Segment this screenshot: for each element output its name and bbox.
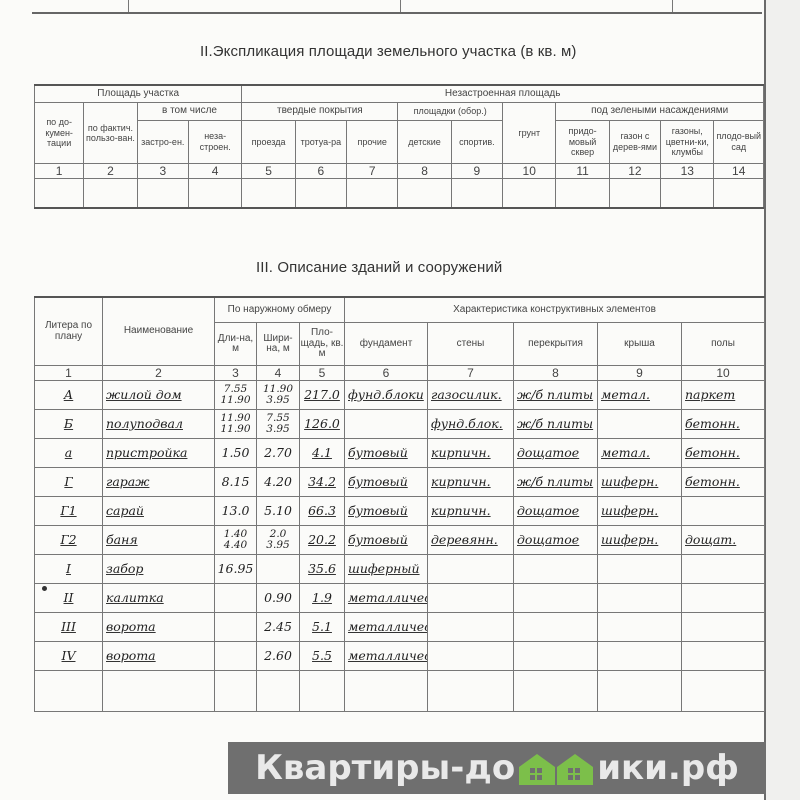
col-lawn-trees: газон с дерев-ями [609,120,660,163]
column-number: 1 [35,164,84,179]
cell-walls: кирпичн. [428,468,514,497]
handwritten-text: шиферн. [601,532,658,547]
handwritten-text: фунд.блок. [431,416,503,431]
cell-foundation: бутовый [345,526,428,555]
cell-litera: III [35,613,103,642]
cell-width: 2.03.95 [257,526,300,555]
table-row: IIкалитка0.901.9металлическая [35,584,765,613]
cell-walls: деревянн. [428,526,514,555]
cell-foundation: шиферный [345,555,428,584]
cell-roof: метал. [598,439,682,468]
handwritten-text: дощатое [517,503,579,518]
measure-value: 8.15 [222,474,250,489]
cell-foundation: бутовый [345,439,428,468]
col-flowerbeds: газоны, цветни-ки, клумбы [661,120,714,163]
cell-walls: фунд.блок. [428,410,514,439]
handwritten-text: 66.3 [308,503,336,518]
cell-width: 2.45 [257,613,300,642]
cell-name: забор [103,555,215,584]
cell-foundation: металлическая [345,584,428,613]
handwritten-text: бутовый [348,532,408,547]
value-cell [84,179,137,209]
handwritten-text: а [65,445,72,460]
table-row: Г2баня1.404.402.03.9520.2бутовыйдеревянн… [35,526,765,555]
measure-value: 13.0 [222,503,250,518]
cell-slabs [514,671,598,712]
handwritten-text: забор [106,561,143,576]
cell-width: 2.60 [257,642,300,671]
cell-area: 34.2 [300,468,345,497]
cell-slabs: ж/б плиты [514,410,598,439]
cell-roof [598,410,682,439]
cell-floors: дощат. [682,526,765,555]
measure-value: 11.90 [215,395,256,406]
value-cell [503,179,556,209]
col-sports: спортив. [451,120,502,163]
cell-length: 1.50 [215,439,257,468]
value-cell [137,179,188,209]
previous-table-fragment [32,0,762,14]
column-number: 10 [682,366,765,381]
column-number: 5 [242,164,295,179]
handwritten-text: 1.9 [312,590,332,605]
cell-width [257,555,300,584]
handwritten-text: баня [106,532,138,547]
handwritten-text: ж/б плиты [517,416,593,431]
cell-floors: паркет [682,381,765,410]
handwritten-text: шиферн. [601,503,658,518]
value-cell [714,179,764,209]
handwritten-text: ж/б плиты [517,474,593,489]
cell-area: 20.2 [300,526,345,555]
handwritten-text: металлическая [348,590,428,605]
handwritten-text: Г2 [60,532,76,547]
cell-width: 0.90 [257,584,300,613]
handwritten-text: 5.1 [312,619,332,634]
handwritten-text: III [61,619,76,634]
houses-logo-icon [517,751,595,785]
handwritten-text: металлические [348,648,428,663]
handwritten-text: шиферный [348,561,420,576]
col-square: придо-мовый сквер [556,120,609,163]
cell-name: жилой дом [103,381,215,410]
measure-value: 2.60 [264,648,292,663]
column-number: 2 [84,164,137,179]
value-cell [295,179,346,209]
col-sidewalks: тротуа-ра [295,120,346,163]
scan-mark [42,586,47,591]
cell-roof [598,642,682,671]
value-cell [609,179,660,209]
column-number: 3 [137,164,188,179]
cell-litera: Б [35,410,103,439]
column-number: 1 [35,366,103,381]
column-number: 4 [257,366,300,381]
cell-name [103,671,215,712]
measure-value: 16.95 [218,561,254,576]
measure-value: 11.90 [215,424,256,435]
col-driveways: проезда [242,120,295,163]
cell-length [215,671,257,712]
table-row: Бполуподвал11.9011.907.553.95126.0фунд.б… [35,410,765,439]
cell-litera: Г [35,468,103,497]
hard-surfaces-header: твердые покрытия [242,103,398,121]
cell-litera: Г2 [35,526,103,555]
cell-slabs: дощатое [514,526,598,555]
handwritten-text: 126.0 [304,416,340,431]
value-cell [242,179,295,209]
cell-area: 126.0 [300,410,345,439]
handwritten-text: сарай [106,503,144,518]
handwritten-text: кирпичн. [431,503,491,518]
table-row: Ггараж8.154.2034.2бутовыйкирпичн.ж/б пли… [35,468,765,497]
cell-litera: а [35,439,103,468]
handwritten-text: дощатое [517,532,579,547]
cell-roof: шиферн. [598,468,682,497]
cell-slabs: дощатое [514,439,598,468]
cell-litera: IV [35,642,103,671]
column-number: 7 [428,366,514,381]
cell-slabs [514,584,598,613]
column-number: 7 [347,164,398,179]
measure-value: 3.95 [257,540,299,551]
cell-roof [598,584,682,613]
value-cell [398,179,451,209]
col-actual-use: по фактич. пользо-ван. [84,103,137,164]
green-header: под зелеными насаждениями [556,103,764,121]
table-row: IVворота2.605.5металлические [35,642,765,671]
cell-foundation: бутовый [345,468,428,497]
cell-width: 11.903.95 [257,381,300,410]
handwritten-text: А [64,387,73,402]
handwritten-text: Г [64,474,72,489]
col-built: застро-ен. [137,120,188,163]
handwritten-text: ворота [106,619,156,634]
handwritten-text: бутовый [348,503,408,518]
measure-value: 2.70 [264,445,292,460]
cell-litera: I [35,555,103,584]
handwritten-text: 35.6 [308,561,336,576]
values-row [35,179,764,209]
cell-walls: кирпичн. [428,497,514,526]
watermark-banner: Квартиры-до ики.рф [228,742,766,794]
cell-name: пристройка [103,439,215,468]
cell-name: баня [103,526,215,555]
handwritten-text: кирпичн. [431,474,491,489]
cell-length: 11.9011.90 [215,410,257,439]
column-number: 4 [188,164,241,179]
column-number: 6 [345,366,428,381]
col-other: прочие [347,120,398,163]
handwritten-text: бетонн. [685,474,740,489]
cell-length [215,584,257,613]
cell-litera [35,671,103,712]
cell-roof [598,555,682,584]
cell-floors [682,497,765,526]
cell-floors [682,584,765,613]
cell-name: ворота [103,642,215,671]
value-cell [661,179,714,209]
handwritten-text: деревянн. [431,532,498,547]
buildings-table: Литера по плану Наименование По наружном… [34,296,765,712]
col-width: Шири-на, м [257,323,300,366]
measure-value: 2.45 [264,619,292,634]
column-number: 10 [503,164,556,179]
cell-roof: шиферн. [598,526,682,555]
cell-walls [428,613,514,642]
measure-value: 0.90 [264,590,292,605]
column-number: 8 [398,164,451,179]
cell-walls [428,642,514,671]
value-cell [35,179,84,209]
cell-area: 66.3 [300,497,345,526]
plot-area-header: Площадь участка [35,85,242,103]
col-foundation: фундамент [345,323,428,366]
cell-width: 7.553.95 [257,410,300,439]
column-numbers-row: 12345678910 [35,366,765,381]
column-number: 2 [103,366,215,381]
cell-name: полуподвал [103,410,215,439]
scan-edge [764,0,800,800]
col-soil: грунт [503,103,556,164]
playgrounds-header: площадки (обор.) [398,103,503,121]
cell-foundation [345,410,428,439]
cell-walls: кирпичн. [428,439,514,468]
cell-area: 5.1 [300,613,345,642]
measure-value: 1.50 [222,445,250,460]
handwritten-text: Б [64,416,73,431]
cell-foundation: фунд.блоки [345,381,428,410]
measure-value: 3.95 [257,424,299,435]
cell-name: гараж [103,468,215,497]
cell-slabs [514,642,598,671]
column-number: 12 [609,164,660,179]
column-number: 6 [295,164,346,179]
column-number: 13 [661,164,714,179]
cell-floors [682,671,765,712]
table-row: Г1сарай13.05.1066.3бутовыйкирпичн.дощато… [35,497,765,526]
handwritten-text: 217.0 [304,387,340,402]
col-area: Пло-щадь, кв. м [300,323,345,366]
handwritten-text: пристройка [106,445,187,460]
handwritten-text: метал. [601,387,650,402]
column-number: 8 [514,366,598,381]
cell-floors [682,555,765,584]
cell-floors: бетонн. [682,410,765,439]
handwritten-text: IV [62,648,76,663]
cell-roof: шиферн. [598,497,682,526]
cell-slabs: дощатое [514,497,598,526]
handwritten-text: кирпичн. [431,445,491,460]
handwritten-text: калитка [106,590,164,605]
section-3-title: III. Описание зданий и сооружений [256,259,502,276]
cell-area: 1.9 [300,584,345,613]
handwritten-text: II [64,590,74,605]
cell-width: 5.10 [257,497,300,526]
land-explication-table: Площадь участка Незастроенная площадь по… [34,84,764,209]
cell-length: 7.5511.90 [215,381,257,410]
header-row-3: застро-ен. неза-строен. проезда тротуа-р… [35,120,764,163]
cell-floors [682,642,765,671]
col-litera: Литера по плану [35,297,103,366]
handwritten-text: газосилик. [431,387,502,402]
cell-area: 5.5 [300,642,345,671]
including-header: в том числе [137,103,242,121]
cell-slabs [514,555,598,584]
measure-value: 3.95 [257,395,299,406]
handwritten-text: дощат. [685,532,736,547]
column-number: 9 [451,164,502,179]
col-children: детские [398,120,451,163]
handwritten-text: 4.1 [312,445,332,460]
handwritten-text: паркет [685,387,735,402]
handwritten-text: ворота [106,648,156,663]
cell-area: 217.0 [300,381,345,410]
cell-slabs: ж/б плиты [514,381,598,410]
value-cell [188,179,241,209]
cell-foundation: металлические [345,642,428,671]
cell-width: 4.20 [257,468,300,497]
cell-length [215,613,257,642]
cell-walls [428,555,514,584]
cell-length: 8.15 [215,468,257,497]
cell-roof [598,671,682,712]
cell-name: ворота [103,613,215,642]
cell-roof [598,613,682,642]
cell-walls: газосилик. [428,381,514,410]
cell-length: 13.0 [215,497,257,526]
cell-length: 16.95 [215,555,257,584]
cell-floors: бетонн. [682,439,765,468]
cell-roof: метал. [598,381,682,410]
header-row-1: Площадь участка Незастроенная площадь [35,85,764,103]
measure-value: 5.10 [264,503,292,518]
cell-litera: А [35,381,103,410]
column-number: 5 [300,366,345,381]
handwritten-text: шиферн. [601,474,658,489]
col-unbuilt: неза-строен. [188,120,241,163]
cell-floors: бетонн. [682,468,765,497]
cell-slabs: ж/б плиты [514,468,598,497]
cell-length: 1.404.40 [215,526,257,555]
col-floors: полы [682,323,765,366]
table-row: IIIворота2.455.1металлические [35,613,765,642]
column-number: 3 [215,366,257,381]
column-number: 11 [556,164,609,179]
column-numbers-row: 1234567891011121314 [35,164,764,179]
section-2-title: II.Экспликация площади земельного участк… [200,43,577,60]
measure-value: 4.40 [215,540,256,551]
handwritten-text: 20.2 [308,532,336,547]
handwritten-text: бутовый [348,445,408,460]
col-roof: крыша [598,323,682,366]
cell-litera: Г1 [35,497,103,526]
cell-width [257,671,300,712]
handwritten-text: бетонн. [685,416,740,431]
watermark-text-left: Квартиры-до [255,748,515,788]
column-number: 14 [714,164,764,179]
table-row [35,671,765,712]
handwritten-text: металлические [348,619,428,634]
cell-width: 2.70 [257,439,300,468]
handwritten-text: гараж [106,474,149,489]
cell-walls [428,584,514,613]
value-cell [347,179,398,209]
value-cell [451,179,502,209]
handwritten-text: 5.5 [312,648,332,663]
handwritten-text: жилой дом [106,387,182,402]
handwritten-text: полуподвал [106,416,183,431]
header-row-2: по до-кумен-тации по фактич. пользо-ван.… [35,103,764,121]
cell-name: калитка [103,584,215,613]
handwritten-text: бетонн. [685,445,740,460]
col-walls: стены [428,323,514,366]
header-row-1: Литера по плану Наименование По наружном… [35,297,765,323]
cell-walls [428,671,514,712]
watermark-text-right: ики.рф [597,748,739,788]
measure-value: 4.20 [264,474,292,489]
cell-foundation: металлические [345,613,428,642]
table-row: Iзабор16.9535.6шиферный [35,555,765,584]
cell-area [300,671,345,712]
col-by-docs: по до-кумен-тации [35,103,84,164]
characteristics-header: Характеристика конструктивных элементов [345,297,765,323]
undeveloped-header: Незастроенная площадь [242,85,764,103]
cell-floors [682,613,765,642]
cell-foundation [345,671,428,712]
value-cell [556,179,609,209]
col-name: Наименование [103,297,215,366]
cell-slabs [514,613,598,642]
handwritten-text: 34.2 [308,474,336,489]
table-row: Ажилой дом7.5511.9011.903.95217.0фунд.бл… [35,381,765,410]
col-slabs: перекрытия [514,323,598,366]
handwritten-text: ж/б плиты [517,387,593,402]
handwritten-text: метал. [601,445,650,460]
handwritten-text: дощатое [517,445,579,460]
handwritten-text: I [66,561,71,576]
cell-area: 35.6 [300,555,345,584]
column-number: 9 [598,366,682,381]
cell-area: 4.1 [300,439,345,468]
handwritten-text: фунд.блоки [348,387,424,402]
cell-length [215,642,257,671]
col-length: Дли-на, м [215,323,257,366]
handwritten-text: бутовый [348,474,408,489]
table-row: апристройка1.502.704.1бутовыйкирпичн.дощ… [35,439,765,468]
cell-name: сарай [103,497,215,526]
cell-foundation: бутовый [345,497,428,526]
handwritten-text: Г1 [60,503,76,518]
col-orchard: плодо-вый сад [714,120,764,163]
external-header: По наружному обмеру [215,297,345,323]
